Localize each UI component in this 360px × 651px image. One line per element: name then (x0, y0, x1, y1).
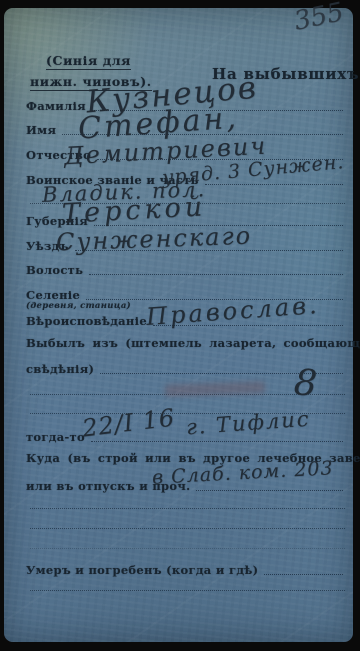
dotted-line (264, 572, 343, 575)
discharged-from-line1: Выбылъ изъ (штемпель лазарета, сообщающа… (26, 336, 345, 350)
handwritten-margin-number: 8 (293, 365, 318, 403)
scanned-record-card-page: 355 (Синія для нижн. чиновъ). На выбывши… (0, 0, 360, 651)
volost-label: Волость (26, 264, 83, 277)
dotted-line (30, 590, 345, 591)
dotted-line (196, 488, 343, 491)
died-buried-label: Умеръ и погребенъ (когда и гдѣ) (26, 564, 258, 577)
dotted-line (91, 439, 343, 442)
field-row-volost: Волость (26, 260, 345, 277)
field-row-died-buried: Умеръ и погребенъ (когда и гдѣ) (26, 560, 345, 577)
dotted-line (30, 508, 345, 509)
religion-label: Вѣроисповѣданіе (26, 315, 147, 328)
dotted-line (30, 528, 345, 529)
corner-note-line1: (Синія для (46, 53, 131, 70)
dotted-line (89, 272, 343, 275)
dotted-line (30, 548, 345, 549)
discharged-from-line2: свѣдѣнія) (26, 363, 94, 376)
village-note: (деревня, станица) (26, 301, 131, 311)
date-label: тогда-то (26, 431, 85, 444)
handwritten-district: Сунженскаго (56, 224, 253, 255)
handwritten-province: Терской (61, 193, 206, 228)
first-name-label: Имя (26, 124, 56, 137)
